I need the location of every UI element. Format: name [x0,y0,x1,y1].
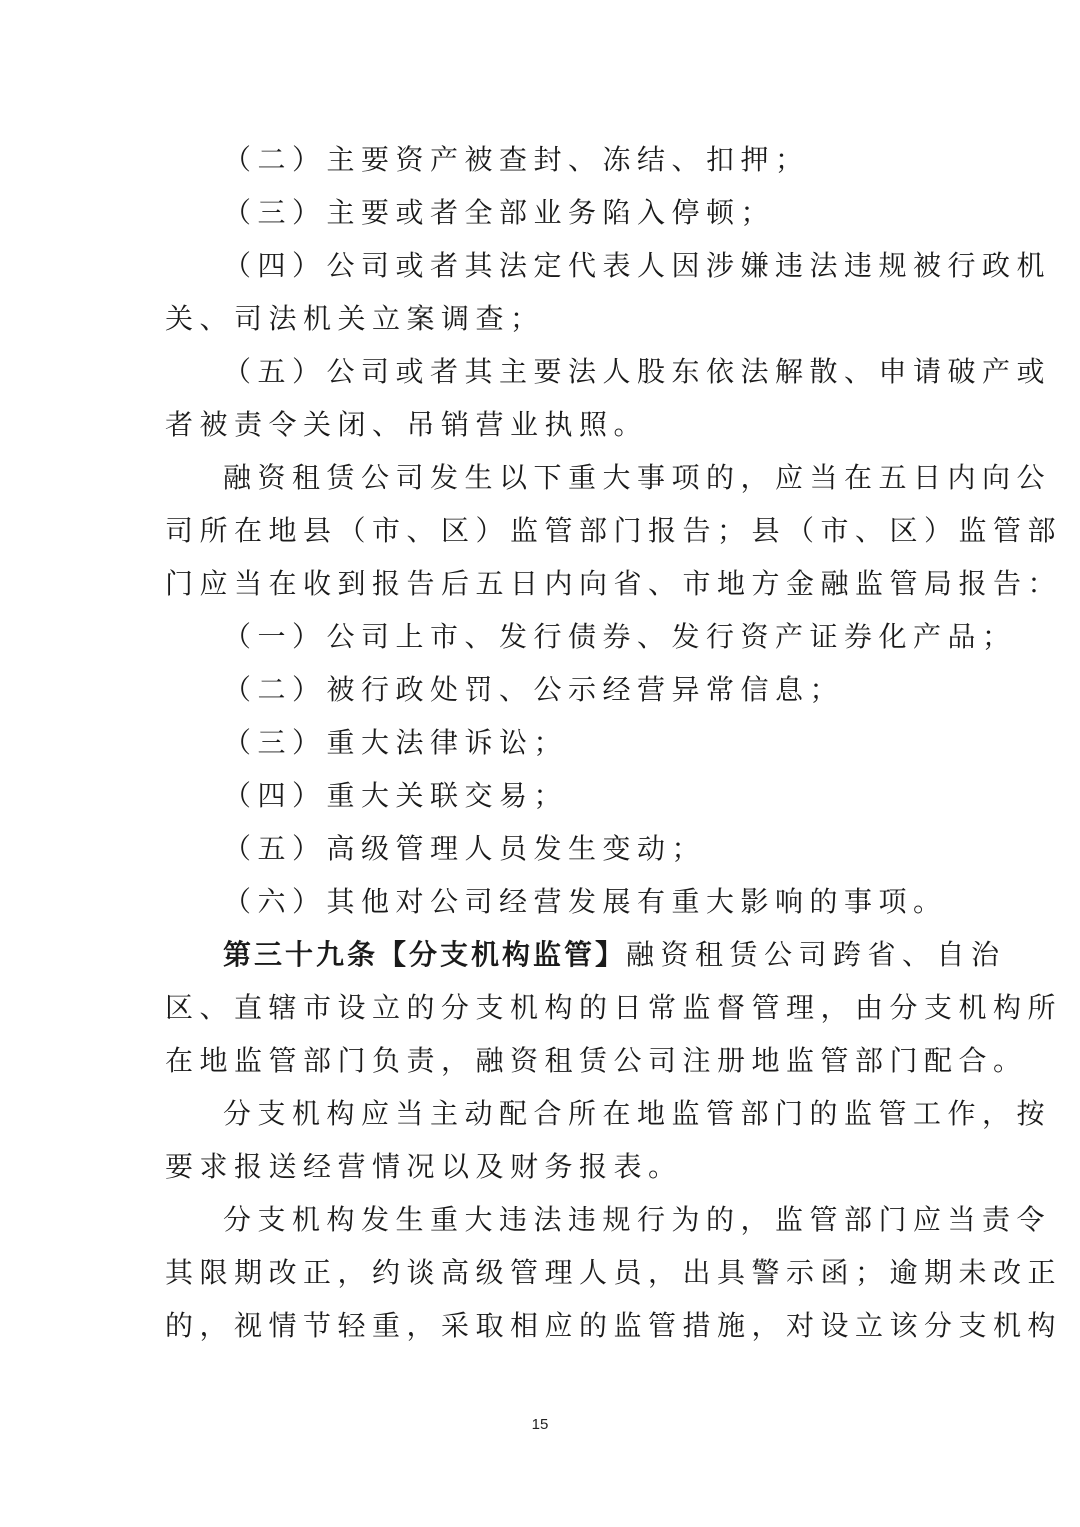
list-item: （六）其他对公司经营发展有重大影响的事项。 [165,875,917,928]
list-item: （四）重大关联交易； [165,769,917,822]
document-page: （二）主要资产被查封、冻结、扣押； （三）主要或者全部业务陷入停顿； （四）公司… [165,133,917,1352]
article-text: 融资租赁公司跨省、自治 [626,938,1006,971]
text-line: （三）主要或者全部业务陷入停顿； [165,186,917,239]
text-line: 的，视情节轻重，采取相应的监管措施，对设立该分支机构 [165,1299,917,1352]
text-line: 区、直辖市设立的分支机构的日常监督管理，由分支机构所 [165,981,917,1034]
list-item: （一）公司上市、发行债券、发行资产证券化产品； [165,610,917,663]
text-line: 者被责令关闭、吊销营业执照。 [165,398,917,451]
text-line: 司所在地县（市、区）监管部门报告；县（市、区）监管部 [165,504,917,557]
text-line: 要求报送经营情况以及财务报表。 [165,1140,917,1193]
article-title: 第三十九条【分支机构监管】 [223,938,626,971]
list-item: （五）高级管理人员发生变动； [165,822,917,875]
text-line: 分支机构发生重大违法违规行为的，监管部门应当责令 [165,1193,917,1246]
text-line: 在地监管部门负责，融资租赁公司注册地监管部门配合。 [165,1034,917,1087]
text-line: （五）公司或者其主要法人股东依法解散、申请破产或 [165,345,917,398]
text-line: （四）公司或者其法定代表人因涉嫌违法违规被行政机 [165,239,917,292]
text-line: 其限期改正，约谈高级管理人员，出具警示函；逾期未改正 [165,1246,917,1299]
text-line: （二）主要资产被查封、冻结、扣押； [165,133,917,186]
list-item: （三）重大法律诉讼； [165,716,917,769]
page-number: 15 [0,1416,1080,1433]
article-heading-line: 第三十九条【分支机构监管】融资租赁公司跨省、自治 [165,928,917,981]
text-line: 关、司法机关立案调查； [165,292,917,345]
text-line: 融资租赁公司发生以下重大事项的，应当在五日内向公 [165,451,917,504]
list-item: （二）被行政处罚、公示经营异常信息； [165,663,917,716]
text-line: 门应当在收到报告后五日内向省、市地方金融监管局报告： [165,557,917,610]
text-line: 分支机构应当主动配合所在地监管部门的监管工作，按 [165,1087,917,1140]
